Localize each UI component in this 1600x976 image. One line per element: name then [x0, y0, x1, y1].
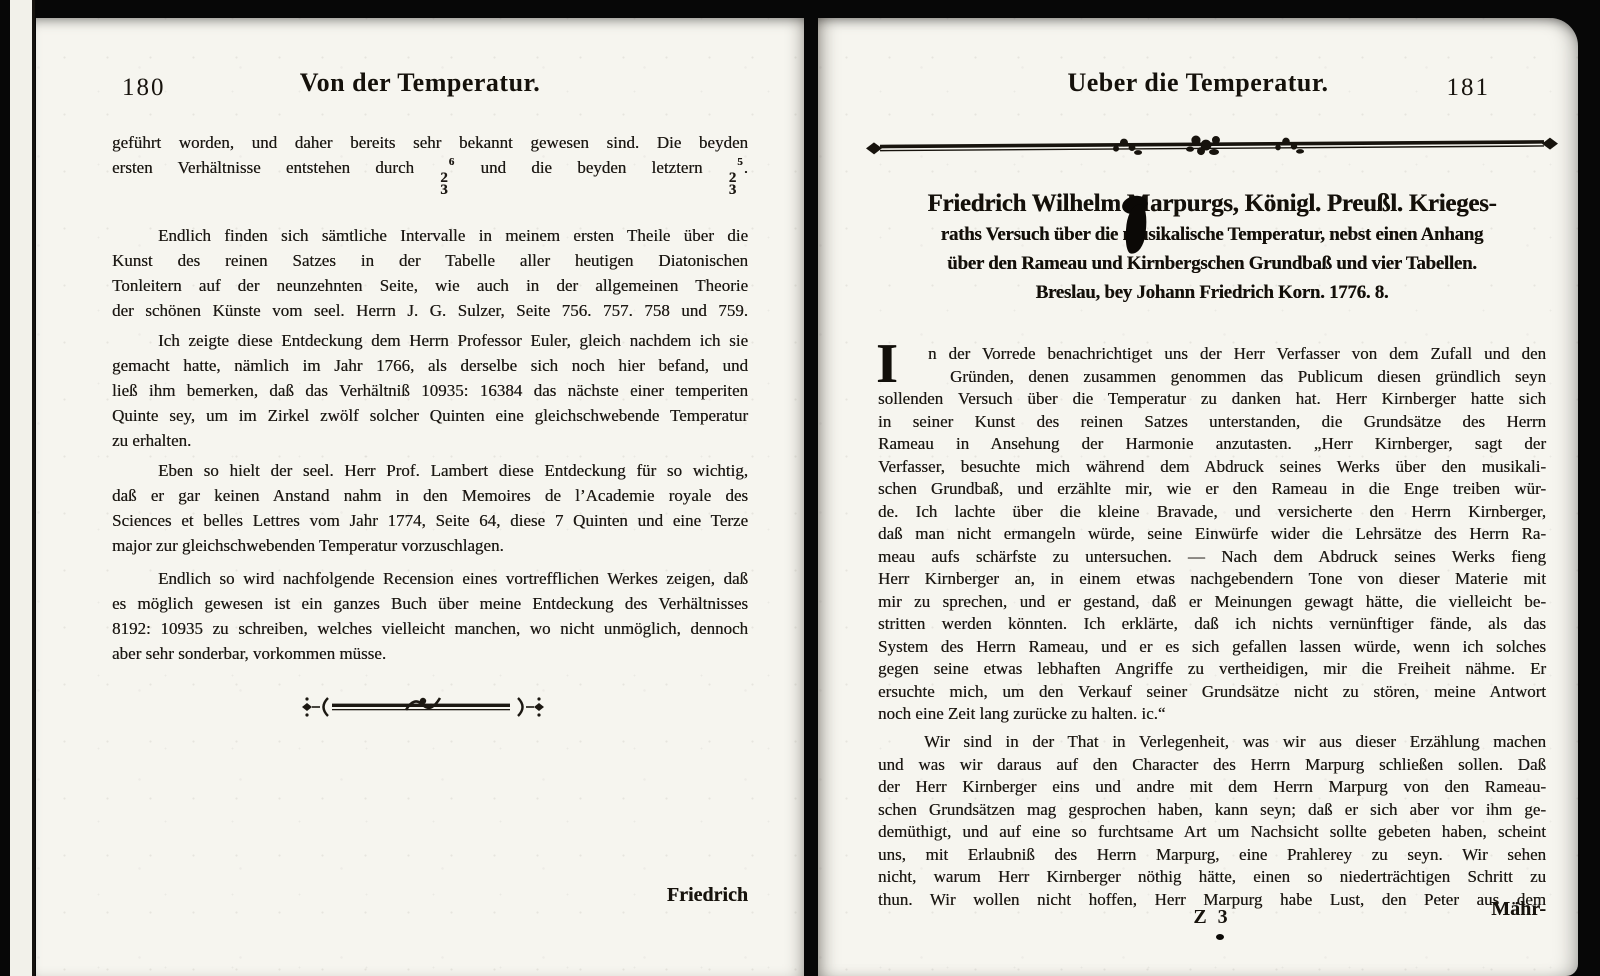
- text-line: Gründen, denen zusammen genommen das Pub…: [878, 366, 1546, 389]
- catchword: Friedrich: [112, 884, 748, 907]
- text-line: gemacht hatte, nämlich im Jahr 1766, als…: [112, 353, 748, 378]
- text-line: geführt worden, und daher bereits sehr b…: [112, 130, 748, 155]
- imprint-line: Breslau, bey Johann Friedrich Korn. 1776…: [878, 278, 1546, 307]
- previous-page-edge: [10, 0, 35, 976]
- text-line: und was wir daraus auf den Character des…: [878, 754, 1546, 777]
- text-line: Endlich finden sich sämtliche Intervalle…: [112, 223, 748, 248]
- text-line: System des Herrn Rameau, und er es sich …: [878, 636, 1546, 659]
- text-line: gegen seine etwas lebhaften Angriffe zu …: [878, 658, 1546, 681]
- paragraph-lines: Endlich finden sich sämtliche Intervalle…: [112, 223, 748, 323]
- text-line: n der Vorrede benachrichtiget uns der He…: [878, 343, 1546, 366]
- text-segment: und die beyden letztern: [455, 158, 728, 177]
- text-line: Kunst des reinen Satzes in der Tabelle a…: [112, 248, 748, 273]
- paragraph: Eben so hielt der seel. Herr Prof. Lambe…: [112, 458, 748, 558]
- paragraph: Ich zeigte diese Entdeckung dem Herrn Pr…: [112, 328, 748, 453]
- text-segment: .: [744, 158, 748, 177]
- head-rule-ornament: [866, 130, 1558, 162]
- text-line: es möglich gewesen ist ein ganzes Buch ü…: [112, 591, 748, 616]
- book-scan: 180 Von der Temperatur. geführt worden, …: [0, 0, 1600, 976]
- text-line: demüthigt, und auf eine so furchtsame Ar…: [878, 821, 1546, 844]
- text-line: Herr Kirnberger an, in einem etwas nachg…: [878, 568, 1546, 591]
- paragraph-lines: Eben so hielt der seel. Herr Prof. Lambe…: [112, 458, 748, 558]
- text-line: Endlich so wird nachfolgende Recension e…: [112, 566, 748, 591]
- text-line: Tonleitern auf der neunzehnten Seite, wi…: [112, 273, 748, 298]
- text-line: aber sehr sonderbar, vorkommen müsse.: [112, 641, 748, 666]
- catchword: Mähr-: [878, 898, 1546, 921]
- title-line: über den Rameau und Kirnbergschen Grundb…: [878, 249, 1546, 278]
- text-line: daß er gar keinen Anstand nahm in den Me…: [112, 483, 748, 508]
- text-line: schen Grundbaß, und erzählte mir, wie er…: [878, 478, 1546, 501]
- paragraph-lines: Ich zeigte diese Entdeckung dem Herrn Pr…: [112, 328, 748, 453]
- left-page: 180 Von der Temperatur. geführt worden, …: [36, 18, 804, 976]
- fraction-denominator: 3: [440, 185, 448, 197]
- text-line: der schönen Künste vom seel. Herrn J. G.…: [112, 298, 748, 323]
- paragraph: Endlich so wird nachfolgende Recension e…: [112, 566, 748, 666]
- text-line: ersten Verhältnisse entstehen durch 236 …: [112, 155, 748, 196]
- running-head: Von der Temperatur.: [36, 68, 804, 98]
- text-line: Quinte sey, um im Zirkel zwölf solcher Q…: [112, 403, 748, 428]
- fraction: 23: [729, 173, 737, 196]
- text-line: stritten werden könnten. Ich erklärte, d…: [878, 613, 1546, 636]
- text-line: noch eine Zeit lang zurücke zu halten. i…: [878, 703, 1546, 726]
- text-line: Verfasser, besuchte mich während dem Abd…: [878, 456, 1546, 479]
- paragraph-lines: Endlich so wird nachfolgende Recension e…: [112, 566, 748, 666]
- text-line: nicht, warum Herr Kirnberger nöthig hätt…: [878, 866, 1546, 889]
- text-line: de. Ich lachte über die kleine Bravade, …: [878, 501, 1546, 524]
- paragraph: geführt worden, und daher bereits sehr b…: [112, 130, 748, 196]
- drop-cap: I: [876, 339, 898, 389]
- text-line: schen Grundsätzen mag gesprochen haben, …: [878, 799, 1546, 822]
- text-line: sollenden Versuch über die Temperatur zu…: [878, 388, 1546, 411]
- text-line: Ich zeigte diese Entdeckung dem Herrn Pr…: [112, 328, 748, 353]
- floral-divider-ornament: [298, 692, 548, 722]
- text-line: daß man nicht ermangeln würde, seine Ein…: [878, 523, 1546, 546]
- text-line: in seiner Kunst des reinen Satzes unters…: [878, 411, 1546, 434]
- text-line: Rameau in Ansehung der Harmonie anzutast…: [878, 433, 1546, 456]
- paragraph: Endlich finden sich sämtliche Intervalle…: [112, 223, 748, 323]
- text-line: ließ ihm bemerken, daß das Verhältniß 10…: [112, 378, 748, 403]
- text-line: uns, mit Erlaubniß des Herrn Marpurg, ei…: [878, 844, 1546, 867]
- right-page: Ueber die Temperatur. 181: [818, 18, 1578, 976]
- paragraph-lines: Wir sind in der That in Verlegenheit, wa…: [878, 731, 1546, 911]
- text-line: ersuchte mich, um den Verkauf seiner Gru…: [878, 681, 1546, 704]
- text-line: Sciences et belles Lettres vom Jahr 1774…: [112, 508, 748, 533]
- page-number: 181: [1447, 74, 1491, 102]
- paragraph: I n der Vorrede benachrichtiget uns der …: [878, 343, 1546, 726]
- text-line: der Herr Kirnberger eins und andre mit d…: [878, 776, 1546, 799]
- text-line: zu erhalten.: [112, 428, 748, 453]
- text-line: mir zu sprechen, und er gestand, daß er …: [878, 591, 1546, 614]
- title-line: raths Versuch über die musikalische Temp…: [878, 220, 1546, 249]
- fraction-denominator: 3: [729, 185, 737, 197]
- text-line: 8192: 10935 zu schreiben, welches vielle…: [112, 616, 748, 641]
- text-line: major zur gleichschwebenden Temperatur v…: [112, 533, 748, 558]
- paragraph: Wir sind in der That in Verlegenheit, wa…: [878, 731, 1546, 911]
- fraction-exponent: 5: [737, 156, 743, 168]
- fraction-exponent: 6: [449, 156, 455, 168]
- title-line: Friedrich Wilhelm Marpurgs, Königl. Preu…: [878, 188, 1546, 220]
- paragraph-lines: n der Vorrede benachrichtiget uns der He…: [878, 343, 1546, 726]
- text-line: meau aufs schärfste zu untersuchen. — Na…: [878, 546, 1546, 569]
- text-line: Eben so hielt der seel. Herr Prof. Lambe…: [112, 458, 748, 483]
- ink-blot: [1216, 934, 1224, 940]
- text-segment: ersten Verhältnisse entstehen durch: [112, 158, 439, 177]
- fraction: 23: [440, 173, 448, 196]
- text-line: Wir sind in der That in Verlegenheit, wa…: [878, 731, 1546, 754]
- review-title: Friedrich Wilhelm Marpurgs, Königl. Preu…: [878, 188, 1546, 307]
